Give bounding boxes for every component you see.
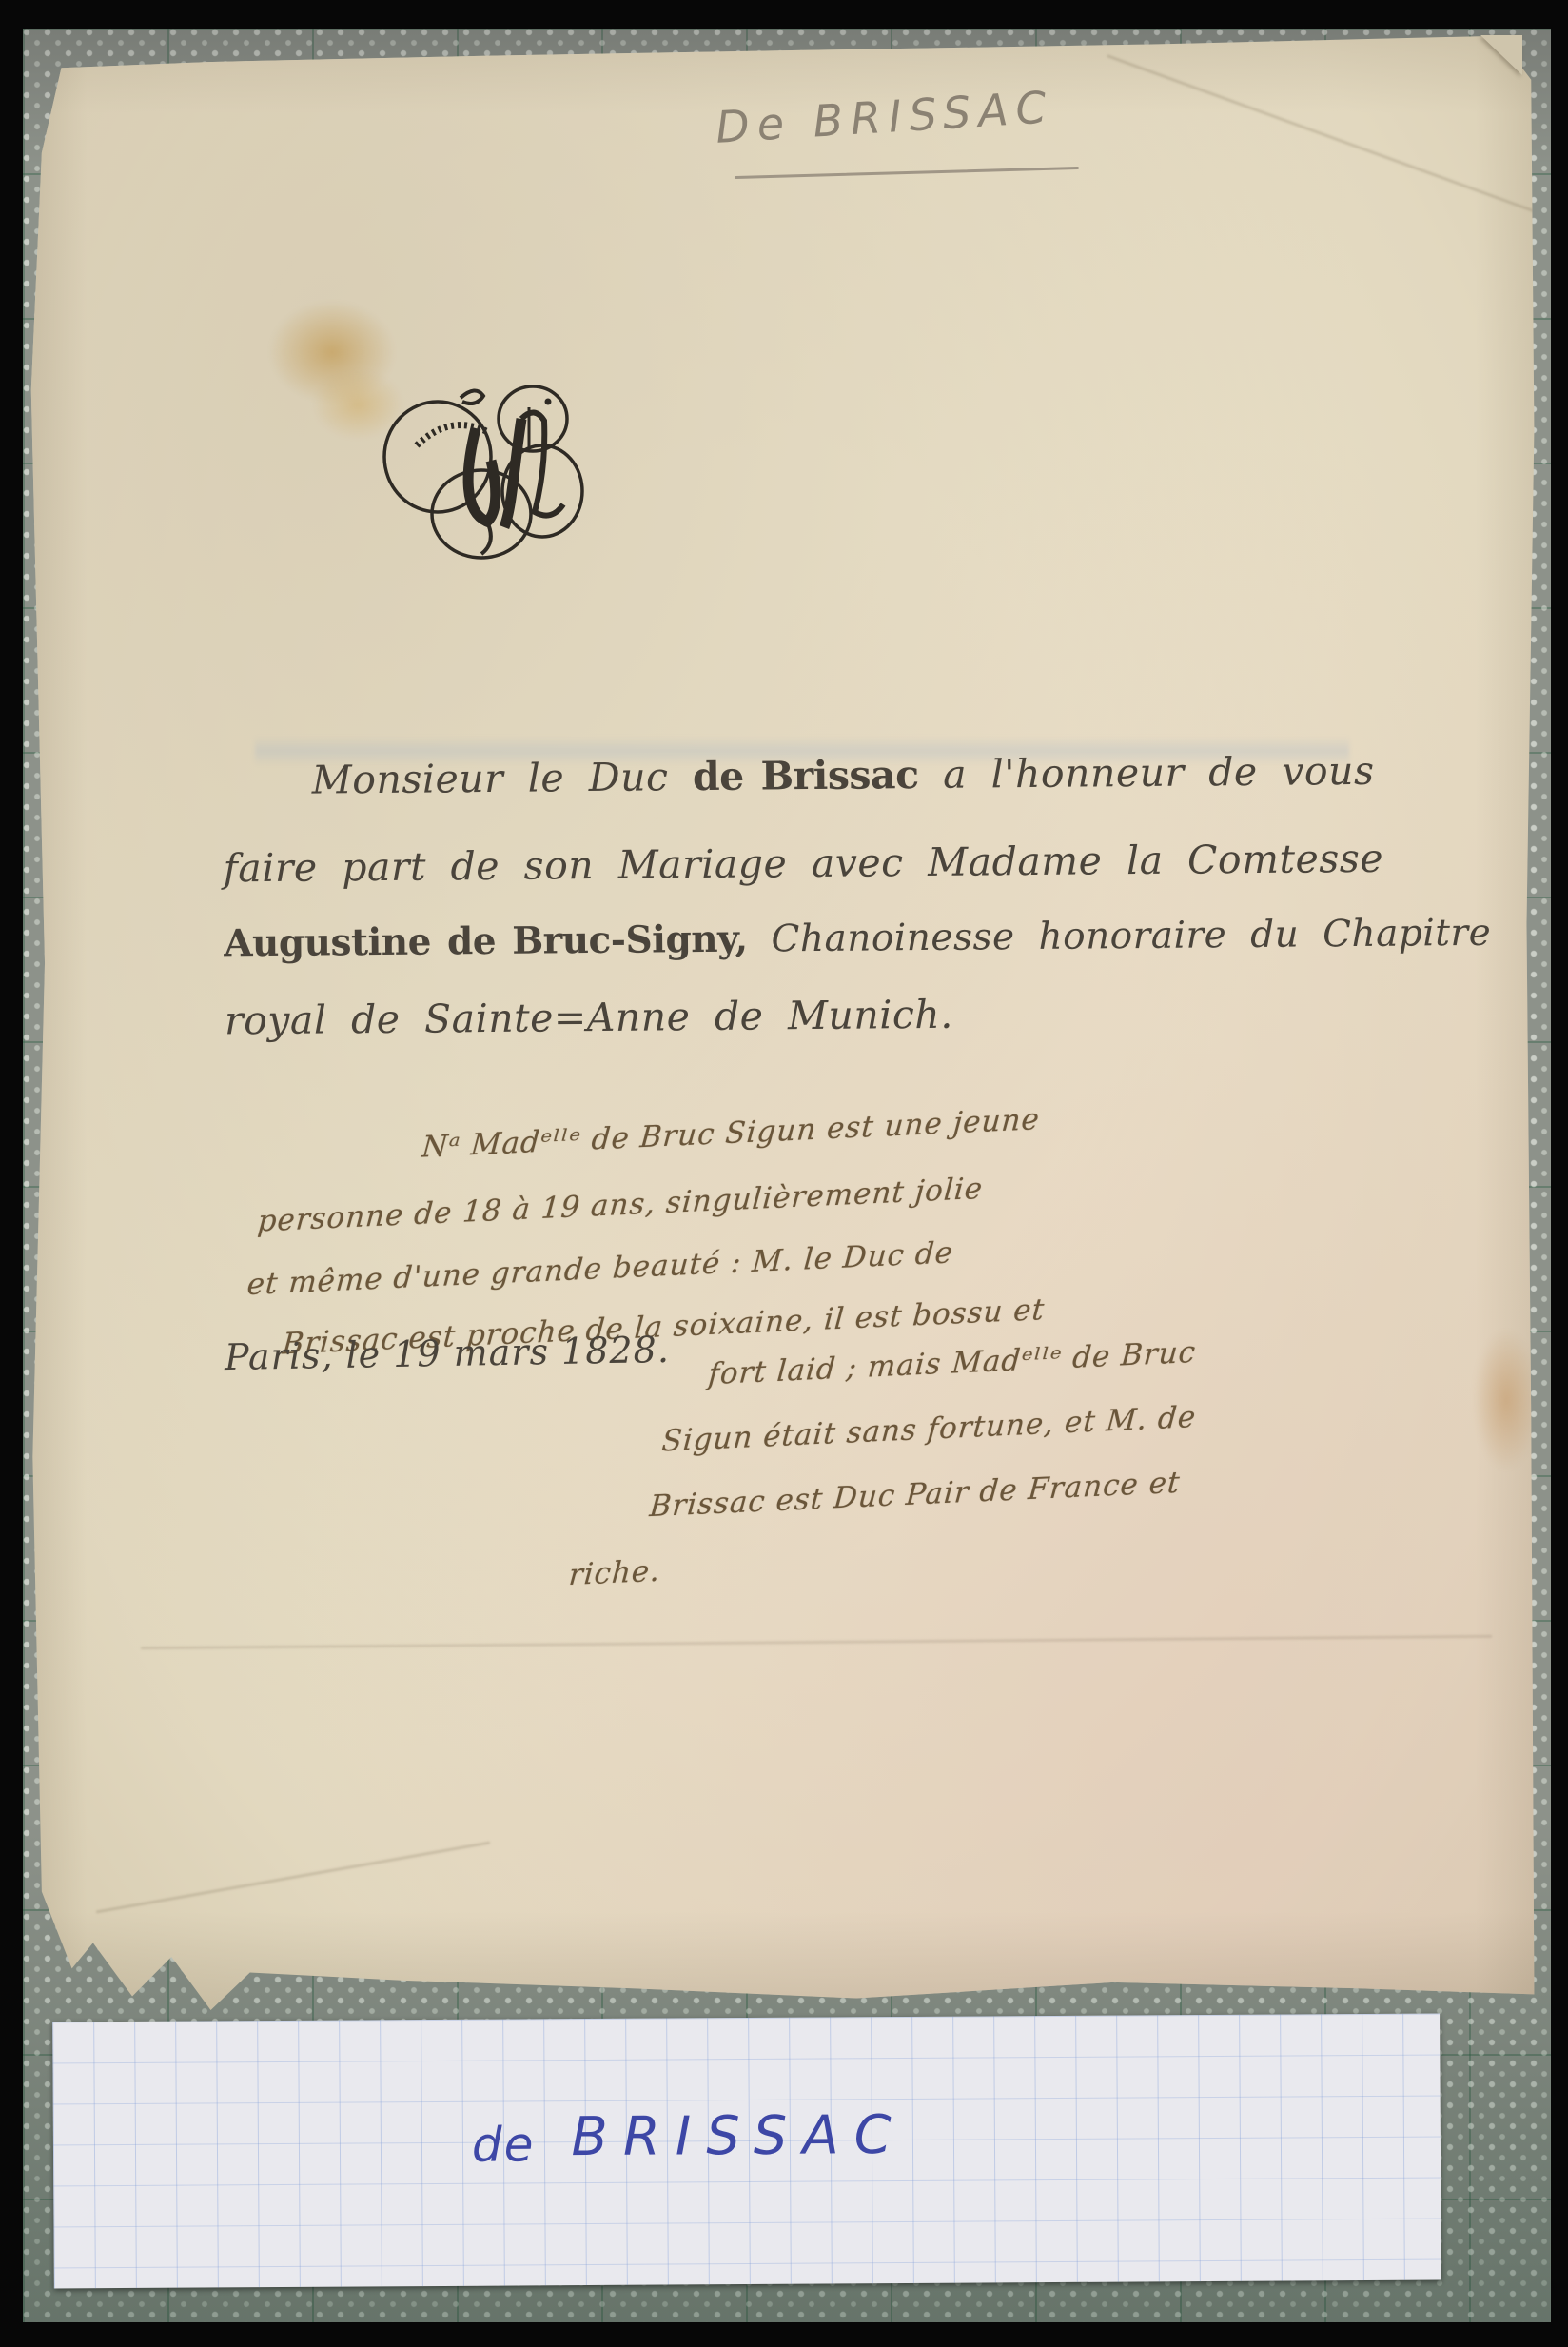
announcement-line-1: Monsieur le Duc de Brissac a l'honneur d… — [312, 748, 1375, 803]
handwritten-line: fort laid ; mais Madᵉˡˡᵉ de Bruc — [707, 1335, 1197, 1391]
handwritten-line: personne de 18 à 19 ans, singulièrement … — [256, 1172, 984, 1239]
printed-dateline: Paris, le 19 mars 1828. — [225, 1329, 671, 1378]
announcement-line3-blackletter: Augustine de Bruc-Signy, — [224, 917, 748, 966]
label-prefix: de — [472, 2117, 536, 2172]
archive-label: deBRISSAC — [52, 2014, 1441, 2289]
announcement-line1-script-a: Monsieur le Duc — [312, 754, 669, 802]
announcement-line3-script: Chanoinesse honoraire du Chapitre — [771, 912, 1491, 961]
archive-label-text: deBRISSAC — [472, 2104, 907, 2173]
monogram-ornament-icon — [369, 369, 593, 579]
handwritten-line: Brissac est Duc Pair de France et — [648, 1466, 1182, 1524]
folded-corner — [1480, 35, 1522, 75]
printed-announcement: Monsieur le Duc de Brissac a l'honneur d… — [223, 750, 1186, 1073]
label-name: BRISSAC — [571, 2104, 907, 2168]
handwritten-line: et même d'une grande beauté : M. le Duc … — [245, 1235, 954, 1302]
handwritten-line: Sigun était sans fortune, et M. de — [660, 1400, 1197, 1459]
announcement-line-4: royal de Sainte=Anne de Munich. — [225, 992, 953, 1044]
announcement-line1-blackletter: de Brissac — [693, 752, 919, 799]
handwritten-line: riche. — [568, 1554, 662, 1593]
photo-frame: De BRISSAC Monsieur le Duc de Brissac a … — [0, 0, 1568, 2347]
announcement-line1-script-b: a l'honneur de vous — [943, 748, 1375, 798]
